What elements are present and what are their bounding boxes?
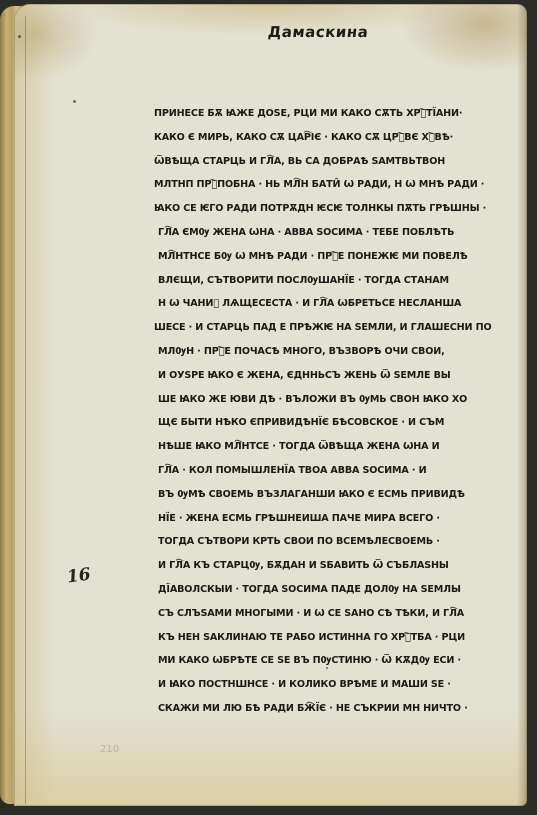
- text-line: ше ꙗко же юви дѣ · въложи въ ѹмь свон ꙗк…: [158, 385, 488, 409]
- text-line: нѣше ꙗко мл҇нтсе · тогда ѿвѣща жена ѡна …: [158, 432, 488, 456]
- text-line: како є мирь, како сѫ цар҇іє · како сѫ цр…: [154, 123, 488, 147]
- ink-speck: [18, 35, 21, 38]
- text-line: нїе · жена есмь грѣшнеиша паче мира всег…: [158, 504, 488, 528]
- text-line: н ѡ чаниⷨ лѧщесеста · и гл҇а ѡбретьсе не…: [158, 289, 488, 313]
- text-line: щє быти нѣко єпривидѣнїє бѣсовское · и с…: [158, 408, 488, 432]
- pencil-folio-number: 210: [100, 744, 119, 755]
- text-line: шесе · и старць пад е прѣжѥ на ѕемли, и …: [154, 313, 488, 337]
- text-line: млѹн · прⷪ҇е почасѣ много, възворѣ очи с…: [158, 337, 488, 361]
- ink-speck: [326, 667, 328, 669]
- text-block: принесе бѫ ꙗже доѕе, рци ми како сѫть хр…: [158, 99, 488, 718]
- text-line: и гл҇а къ старцѹ, бѫдан и ѕбавить ѿ събл…: [158, 551, 488, 575]
- text-line: гл҇а ємѹ жена ѡна · авва ѕосима · тебе п…: [158, 218, 488, 242]
- text-line: тогда сътвори крть свои по всемѣлесвоемь…: [158, 527, 488, 551]
- text-line: дїаволскыи · тогда ѕосима паде долѹ на ѕ…: [158, 575, 488, 599]
- text-line: и оуѕре ꙗко є жена, єднньсъ жень ѿ ѕемле…: [158, 361, 488, 385]
- text-line: и ꙗко постншнсе · и колико врѣме и маши …: [158, 670, 488, 694]
- text-line: ми како ѡбрѣте се ѕе въ пѹстиню · ѿ кѫдѹ…: [158, 646, 488, 670]
- running-head: Дамаскина: [267, 23, 369, 41]
- text-line: къ нен ѕаклинаю те рабо истинна го хрⷭ҇т…: [158, 623, 488, 647]
- text-line: гл҇а · кол помышленїа твоа авва ѕосима ·…: [158, 456, 488, 480]
- page-fold-line: [25, 16, 26, 804]
- text-line: съ слъѕами многыми · и ѡ се ѕано сѣ тѣки…: [158, 599, 488, 623]
- text-line: мл҇нтнсе бѹ ѡ мнѣ ради · прⷪ҇е понежѥ ми…: [158, 242, 488, 266]
- text-line: млтнп прⷪ҇побна · нь мл҇н бати̑ ѡ ради, …: [154, 170, 488, 194]
- text-line: принесе бѫ ꙗже доѕе, рци ми како сѫть хр…: [154, 99, 488, 123]
- text-line: ѿвѣща старць и гл҇а, вь са добраѣ ѕамтвь…: [154, 147, 488, 171]
- text-line: ꙗко се ѥго ради потрѫдн ѥсѥ толнкы пѫть …: [154, 194, 488, 218]
- margin-note: 16: [66, 564, 92, 587]
- ink-speck: [73, 100, 76, 103]
- page-edge-shadow: [517, 4, 527, 806]
- text-line: скажи ми лю бѣ ради бж҇їє · не съкрии мн…: [158, 694, 488, 718]
- text-line: въ ѹмѣ своемь възлаганши ꙗко є есмь прив…: [158, 480, 488, 504]
- text-line: влєщи, сътворити послѹшанїе · тогда стан…: [158, 266, 488, 290]
